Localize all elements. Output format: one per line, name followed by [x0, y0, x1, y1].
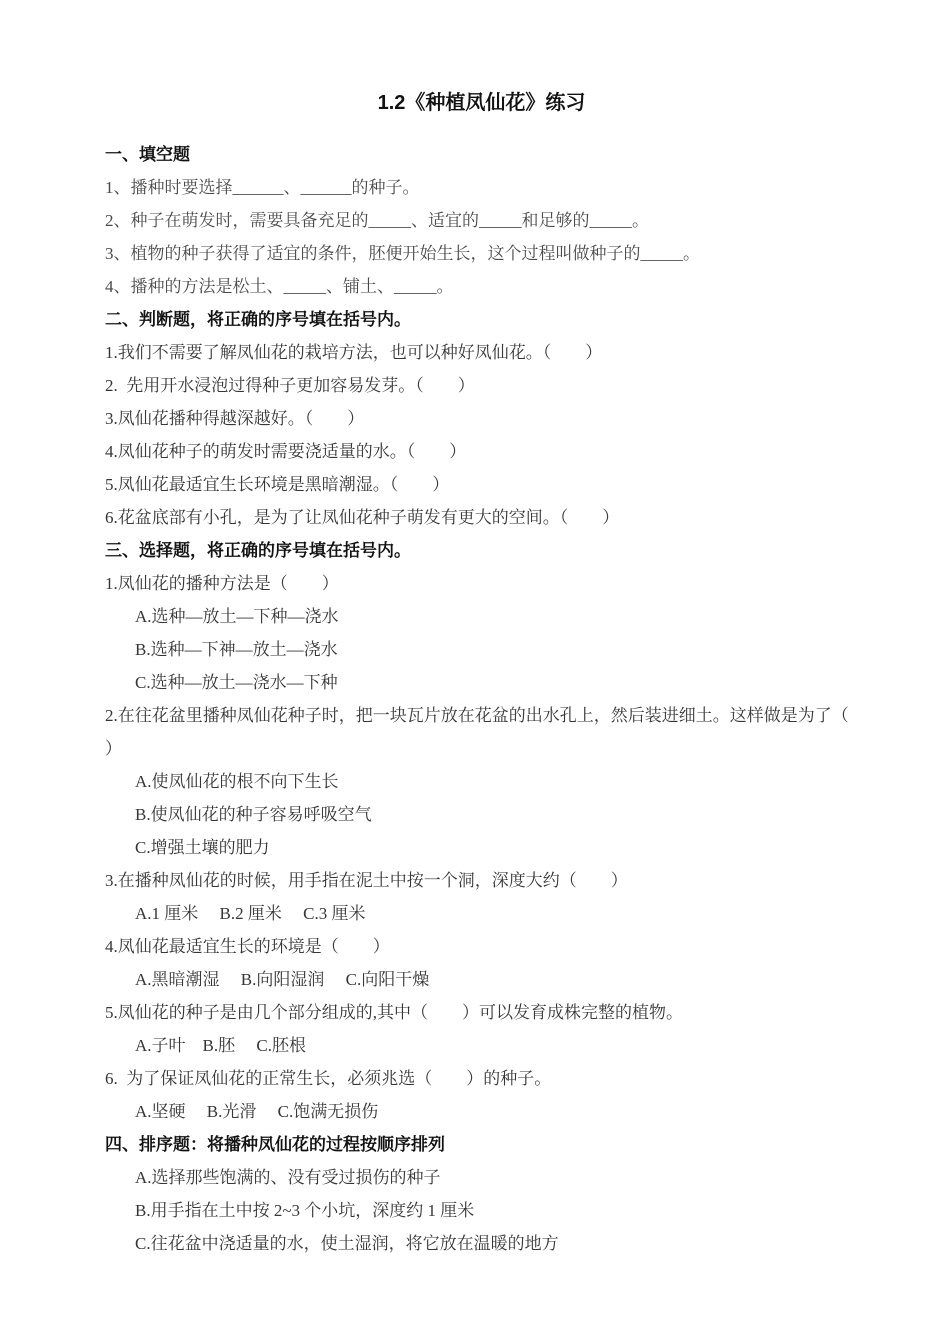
choice-question-3: 3.在播种凤仙花的时候，用手指在泥土中按一个洞，深度大约（ ） — [105, 864, 858, 897]
choice-question-2: 2.在往花盆里播种凤仙花种子时，把一块瓦片放在花盆的出水孔上，然后装进细土。这样… — [105, 699, 858, 732]
section-heading-multiple-choice: 三、选择题，将正确的序号填在括号内。 — [105, 534, 858, 567]
choice-question-3-options: A.1 厘米 B.2 厘米 C.3 厘米 — [105, 897, 858, 930]
fill-blank-question-4: 4、播种的方法是松土、_____、铺土、_____。 — [105, 270, 858, 303]
choice-question-2-option-c: C.增强土壤的肥力 — [105, 831, 858, 864]
choice-question-1: 1.凤仙花的播种方法是（ ） — [105, 567, 858, 600]
section-heading-true-false: 二、判断题，将正确的序号填在括号内。 — [105, 303, 858, 336]
choice-question-2-close-paren: ） — [105, 732, 858, 765]
choice-question-2-option-a: A.使凤仙花的根不向下生长 — [105, 765, 858, 798]
choice-question-4-options: A.黑暗潮湿 B.向阳湿润 C.向阳干燥 — [105, 963, 858, 996]
true-false-question-6: 6.花盆底部有小孔，是为了让凤仙花种子萌发有更大的空间。（ ） — [105, 501, 858, 534]
choice-question-1-option-b: B.选种—下神—放土—浇水 — [105, 633, 858, 666]
choice-question-1-option-c: C.选种—放土—浇水—下种 — [105, 666, 858, 699]
choice-question-6-options: A.坚硬 B.光滑 C.饱满无损伤 — [105, 1095, 858, 1128]
choice-question-1-option-a: A.选种—放土—下种—浇水 — [105, 600, 858, 633]
true-false-question-1: 1.我们不需要了解凤仙花的栽培方法，也可以种好凤仙花。（ ） — [105, 336, 858, 369]
true-false-question-5: 5.凤仙花最适宜生长环境是黑暗潮湿。（ ） — [105, 468, 858, 501]
choice-question-6: 6. 为了保证凤仙花的正常生长，必须兆选（ ）的种子。 — [105, 1062, 858, 1095]
ordering-step-c: C.往花盆中浇适量的水，使土湿润，将它放在温暖的地方 — [105, 1227, 858, 1260]
choice-question-5: 5.凤仙花的种子是由几个部分组成的,其中（ ）可以发育成株完整的植物。 — [105, 996, 858, 1029]
choice-question-4: 4.凤仙花最适宜生长的环境是（ ） — [105, 930, 858, 963]
true-false-question-3: 3.凤仙花播种得越深越好。（ ） — [105, 402, 858, 435]
section-heading-fill-blanks: 一、填空题 — [105, 138, 858, 171]
choice-question-2-option-b: B.使凤仙花的种子容易呼吸空气 — [105, 798, 858, 831]
fill-blank-question-3: 3、植物的种子获得了适宜的条件，胚便开始生长，这个过程叫做种子的_____。 — [105, 237, 858, 270]
page-title: 1.2《种植凤仙花》练习 — [105, 86, 858, 120]
true-false-question-4: 4.凤仙花种子的萌发时需要浇适量的水。（ ） — [105, 435, 858, 468]
ordering-step-b: B.用手指在土中按 2~3 个小坑，深度约 1 厘米 — [105, 1194, 858, 1227]
ordering-step-a: A.选择那些饱满的、没有受过损伤的种子 — [105, 1161, 858, 1194]
worksheet-page: 1.2《种植凤仙花》练习 一、填空题 1、播种时要选择______、______… — [0, 0, 950, 1344]
true-false-question-2: 2. 先用开水浸泡过得种子更加容易发芽。（ ） — [105, 369, 858, 402]
section-heading-ordering: 四、排序题：将播种凤仙花的过程按顺序排列 — [105, 1128, 858, 1161]
fill-blank-question-1: 1、播种时要选择______、______的种子。 — [105, 171, 858, 204]
choice-question-5-options: A.子叶 B.胚 C.胚根 — [105, 1029, 858, 1062]
fill-blank-question-2: 2、种子在萌发时，需要具备充足的_____、适宜的_____和足够的_____。 — [105, 204, 858, 237]
